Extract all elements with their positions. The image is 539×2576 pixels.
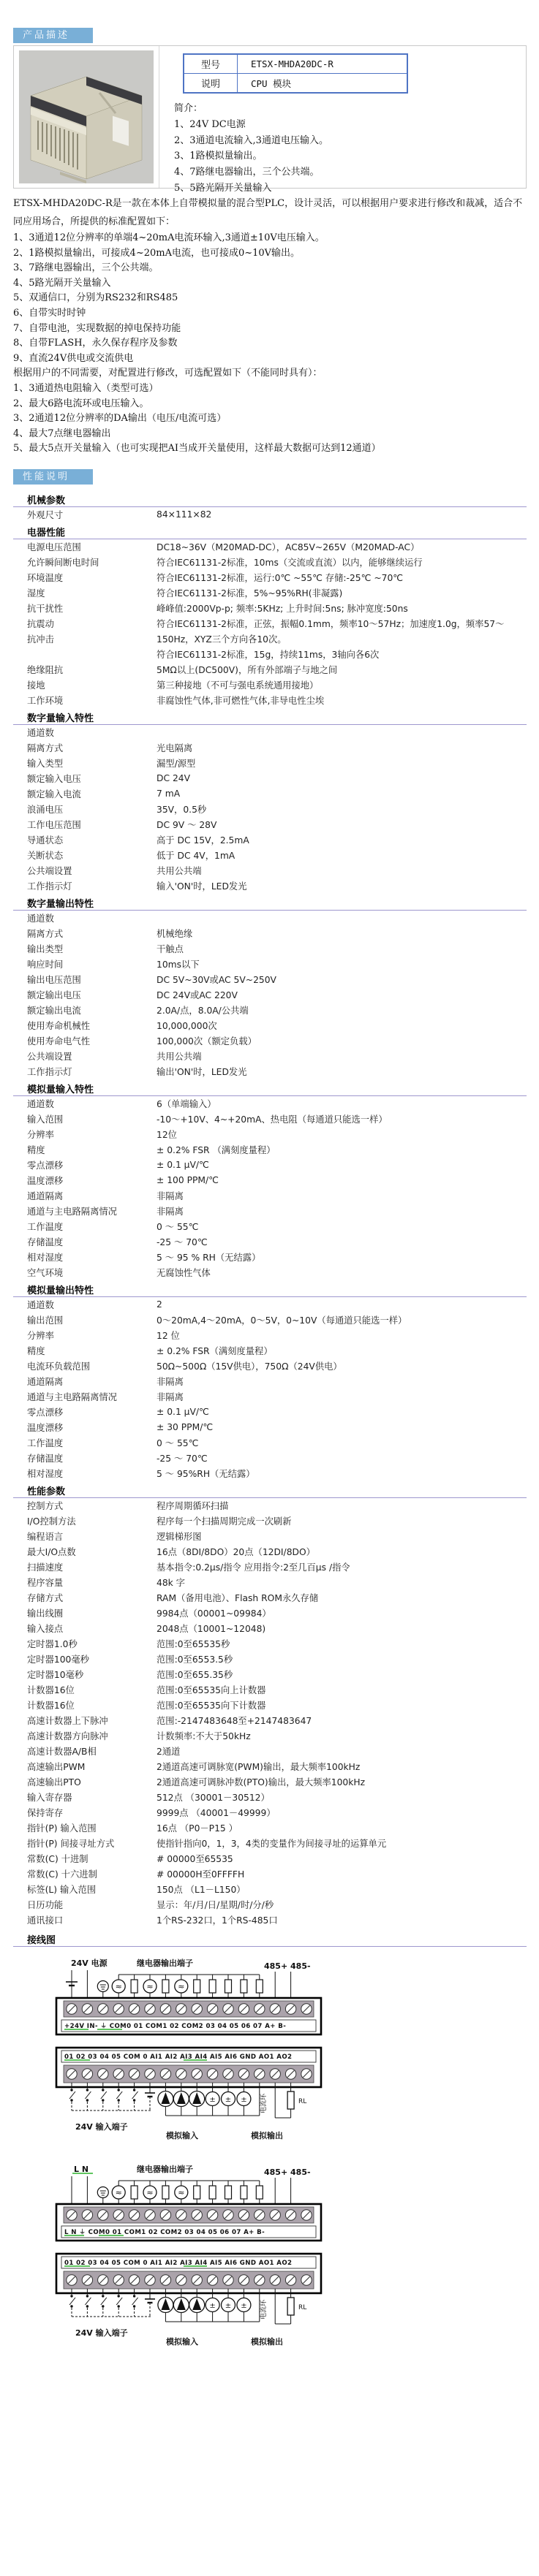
svg-text:±: ± <box>241 2302 246 2310</box>
spec-value: DC 5V~30V或AC 5V~250V <box>157 973 527 986</box>
spec-label: 分辨率 <box>13 1128 157 1141</box>
spec-label: 温度漂移 <box>13 1174 157 1187</box>
spec-label: 抗震动 <box>13 617 157 630</box>
spec-row: 额定输出电压DC 24V或AC 220V <box>13 987 527 1003</box>
spec-row: 输入类型漏型/源型 <box>13 756 527 771</box>
spec-label: 通道隔离 <box>13 1189 157 1202</box>
spec-label: 额定输出电流 <box>13 1003 157 1017</box>
model-table-value: ETSX-MHDA20DC-R <box>238 54 408 74</box>
spec-row: 零点漂移± 0.1 μV/℃ <box>13 1158 527 1173</box>
spec-label: 导通状态 <box>13 833 157 846</box>
spec-label: 指针(P) 间接寻址方式 <box>13 1836 157 1850</box>
spec-value: 范围:0至6553.5秒 <box>157 1652 527 1665</box>
spec-value: 1个RS-232口，1个RS-485口 <box>157 1913 527 1926</box>
spec-row: 相对湿度5 ～ 95 % RH（无结露） <box>13 1250 527 1265</box>
spec-label: 精度 <box>13 1344 157 1357</box>
dc-terminal-labels: +24V IN- ⏚ COM0 01 COM1 02 COM2 03 04 05… <box>64 2022 286 2030</box>
spec-row: 输入范围-10～+10V、4~+20mA、热电阻（每通道只能选一样） <box>13 1112 527 1127</box>
current-loop-label: 电流环 <box>259 2299 268 2319</box>
spec-label: 扫描速度 <box>13 1560 157 1573</box>
ac-terminal-labels: L N ⏚ COM0 01 COM1 02 COM2 03 04 05 06 0… <box>64 2228 265 2236</box>
spec-row: 工作指示灯输入'ON'时，LED发光 <box>13 878 527 894</box>
spec-label: 抗干扰性 <box>13 601 157 615</box>
spec-label: 通道与主电路隔离情况 <box>13 1204 157 1217</box>
optional-config-item: 3、2通道12位分辨率的DA输出（电压/电流可选） <box>13 411 527 427</box>
spec-row: 额定输入电流7 mA <box>13 786 527 802</box>
spec-value: 2通道 <box>157 1744 527 1758</box>
spec-label: 高速输出PTO <box>13 1775 157 1788</box>
spec-row: 响应时间10ms以下 <box>13 957 527 972</box>
wiring-diagram-input-analog-2: 01 02 03 04 05 COM 0 AI1 AI2 AI3 AI4 AI5… <box>55 2252 347 2347</box>
spec-label: 电流环负载范围 <box>13 1359 157 1372</box>
spec-value: 机械绝缘 <box>157 927 527 940</box>
spec-label: 相对湿度 <box>13 1467 157 1480</box>
spec-value: 16点 （P0－P15 ） <box>157 1821 527 1834</box>
input-terminals-label: 24V 输入端子 <box>75 2328 128 2338</box>
relay-load-symbols: ≈≈≈ <box>72 2176 291 2204</box>
analog-in-label: 模拟输入 <box>166 2130 198 2140</box>
spec-label: 输入类型 <box>13 756 157 770</box>
standard-config-item: 4、5路光隔开关量输入 <box>13 276 527 292</box>
spec-row: 存储温度-25 ～ 70℃ <box>13 1234 527 1250</box>
spec-row: 定时器10毫秒范围:0至655.35秒 <box>13 1667 527 1682</box>
spec-row: 输入接点2048点（10001~12048) <box>13 1621 527 1636</box>
spec-label: 额定输入电压 <box>13 772 157 785</box>
intro-title: 简介： <box>174 101 526 117</box>
standard-config-item: 2、1路模拟量输出，可接成4~20mA电流，也可接成0~10V输出。 <box>13 246 527 262</box>
spec-value: 输入'ON'时，LED发光 <box>157 879 527 892</box>
analog-in-label: 模拟输入 <box>166 2336 198 2347</box>
spec-group-title: 机械参数 <box>13 490 527 507</box>
spec-label: 使用寿命电气性 <box>13 1034 157 1047</box>
spec-value: 100,000次（额定负载） <box>157 1034 527 1047</box>
spec-value: 第三种接地（不可与强电系统通用接地） <box>157 678 527 691</box>
spec-label: 控制方式 <box>13 1499 157 1512</box>
standard-config-item: 5、双通信口，分别为RS232和RS485 <box>13 291 527 306</box>
spec-value: 6（单端输入） <box>157 1097 527 1110</box>
svg-text:≈: ≈ <box>146 1982 153 1991</box>
spec-row: 公共端设置共用公共端 <box>13 863 527 878</box>
spec-value: 50Ω~500Ω（15V供电），750Ω（24V供电） <box>157 1359 527 1372</box>
spec-label: 工作电压范围 <box>13 818 157 831</box>
spec-label: 工作温度 <box>13 1436 157 1449</box>
spec-value: 35V，0.5秒 <box>157 802 527 816</box>
spec-value: 16点（8DI/8DO）20点（12DI/8DO） <box>157 1545 527 1558</box>
spec-row: 抗干扰性峰峰值:2000Vp-p; 频率:5KHz; 上升时间:5ns; 脉冲宽… <box>13 601 527 616</box>
spec-value: 共用公共端 <box>157 1049 527 1063</box>
spec-row: 通道数 <box>13 725 527 740</box>
wiring-diagrams: 24V 电源 继电器输出端子 485+ 485- ≈≈≈ +24V IN- ⏚ … <box>13 1947 527 2347</box>
spec-value: 9984点（00001~09984） <box>157 1606 527 1619</box>
spec-label: 零点漂移 <box>13 1405 157 1418</box>
spec-row: 分辨率12 位 <box>13 1328 527 1343</box>
spec-label: 通道数 <box>13 1097 157 1110</box>
spec-label: 高速计数器上下脉冲 <box>13 1714 157 1727</box>
spec-row: 最大I/O点数16点（8DI/8DO）20点（12DI/8DO） <box>13 1544 527 1559</box>
spec-row: 工作指示灯输出'ON'时，LED发光 <box>13 1064 527 1079</box>
spec-value: 输出'ON'时，LED发光 <box>157 1065 527 1078</box>
spec-value: 程序周期循环扫描 <box>157 1499 527 1512</box>
spec-label: 输出类型 <box>13 942 157 955</box>
spec-row: 存储温度-25 ～ 70℃ <box>13 1451 527 1466</box>
spec-row: 符合IEC61131-2标准，15g，持续11ms，3轴向各6次 <box>13 647 527 662</box>
spec-label: 公共端设置 <box>13 1049 157 1063</box>
spec-row: 额定输出电流2.0A/点，8.0A/公共端 <box>13 1003 527 1018</box>
spec-row: 工作温度0 ～ 55℃ <box>13 1219 527 1234</box>
spec-value: ± 0.2% FSR （满刻度量程） <box>157 1143 527 1156</box>
spec-row: 计数器16位范围:0至65535向下计数器 <box>13 1698 527 1713</box>
spec-row: 指针(P) 输入范围16点 （P0－P15 ） <box>13 1820 527 1836</box>
product-photo <box>19 50 154 183</box>
spec-row: 通道数 <box>13 911 527 926</box>
rl-label: RL <box>298 2098 306 2105</box>
spec-row: 环境温度符合IEC61131-2标准，运行:0℃ ~55℃ 存储:-25℃ ~7… <box>13 570 527 585</box>
spec-label: 关断状态 <box>13 848 157 862</box>
spec-row: 工作电压范围DC 9V ～ 28V <box>13 817 527 832</box>
spec-row: 抗冲击150Hz，XYZ三个方向各10次。 <box>13 631 527 647</box>
spec-value: 12 位 <box>157 1329 527 1342</box>
spec-value: 150Hz，XYZ三个方向各10次。 <box>157 632 527 645</box>
spec-label: 使用寿命机械性 <box>13 1019 157 1032</box>
spec-value: 5MΩ以上(DC500V)，所有外部端子与地之间 <box>157 663 527 676</box>
model-table-label: 型号 <box>184 54 238 74</box>
spec-row: 定时器100毫秒范围:0至6553.5秒 <box>13 1652 527 1667</box>
svg-text:≈: ≈ <box>178 1982 184 1991</box>
optional-config-item: 5、最大5点开关量输入（也可实现把AI当成开关量使用，这样最大数据可达到12通道… <box>13 441 527 457</box>
spec-label: 存储方式 <box>13 1591 157 1604</box>
spec-row: 关断状态低于 DC 4V，1mA <box>13 848 527 863</box>
spec-value: 符合IEC61131-2标准，10ms（交流或直流）以内，能够继续运行 <box>157 555 527 569</box>
spec-group-title: 数字量输出特性 <box>13 894 527 911</box>
spec-row: 允许瞬间断电时间符合IEC61131-2标准，10ms（交流或直流）以内，能够继… <box>13 555 527 570</box>
input-terminal-labels: 01 02 03 04 05 COM 0 AI1 AI2 AI3 AI4 AI5… <box>64 2260 292 2267</box>
section-tab-product-description: 产品描述 <box>13 28 93 43</box>
page: 产品描述 <box>0 0 539 2347</box>
wiring-diagram-ac-relay: L N 继电器输出端子 485+ 485- ≈≈≈ L N ⏚ COM0 01 … <box>55 2163 347 2245</box>
spec-label: 相对湿度 <box>13 1250 157 1264</box>
spec-label: 定时器100毫秒 <box>13 1652 157 1665</box>
intro-item: 4、7路继电器输出，三个公共端。 <box>174 164 526 181</box>
spec-label: 绝缘阻抗 <box>13 663 157 676</box>
spec-row: 高速计数器A/B相2通道 <box>13 1744 527 1759</box>
optional-config-item: 1、3通道热电阻输入（类型可选） <box>13 381 527 397</box>
spec-value: 计数频率:不大于50kHz <box>157 1729 527 1742</box>
spec-value: ± 0.1 μV/℃ <box>157 1160 527 1170</box>
spec-label: 计数器16位 <box>13 1683 157 1696</box>
spec-row: 保持寄存9999点 （40001－49999） <box>13 1805 527 1820</box>
spec-label: 标签(L) 输入范围 <box>13 1882 157 1896</box>
spec-label: 指针(P) 输入范围 <box>13 1821 157 1834</box>
spec-row: 高速输出PTO2通道高速可调脉冲数(PTO)输出，最大频率100kHz <box>13 1774 527 1790</box>
spec-label: 输入接点 <box>13 1622 157 1635</box>
spec-value: 程序每一个扫描周期完成一次刷新 <box>157 1514 527 1527</box>
spec-value: 5 ～ 95 % RH（无结露） <box>157 1250 527 1264</box>
spec-value: 范围:0至655.35秒 <box>157 1668 527 1681</box>
product-overview-box: 型号 ETSX-MHDA20DC-R 说明 CPU 模块 简介： 1 <box>13 45 527 189</box>
spec-value: 漏型/源型 <box>157 756 527 770</box>
spec-label: 抗冲击 <box>13 632 157 645</box>
spec-row: 输入寄存器512点 （30001－30512） <box>13 1790 527 1805</box>
spec-value: ± 0.2% FSR（满刻度量程） <box>157 1344 527 1357</box>
spec-value: 干触点 <box>157 942 527 955</box>
spec-label: 高速输出PWM <box>13 1760 157 1773</box>
intro-block: 简介： 1、24V DC电源 2、3通道电流输入,3通道电压输入。 3、1路模拟… <box>174 101 526 197</box>
spec-value: 符合IEC61131-2标准，正弦，振幅0.1mm，频率10～57Hz；加速度1… <box>157 617 527 630</box>
spec-label: 高速计数器方向脉冲 <box>13 1729 157 1742</box>
dc-power-label: 24V 电源 <box>71 1958 108 1968</box>
spec-label: 日历功能 <box>13 1898 157 1911</box>
spec-value: -25 ～ 70℃ <box>157 1451 527 1464</box>
relay-output-label: 继电器输出端子 <box>137 1958 193 1968</box>
standard-config-item: 7、自带电池，实现数据的掉电保持功能 <box>13 322 527 337</box>
spec-row: 导通状态高于 DC 15V，2.5mA <box>13 832 527 848</box>
svg-text:±: ± <box>225 2096 231 2104</box>
spec-label: 通道数 <box>13 1298 157 1311</box>
svg-text:≈: ≈ <box>178 2188 184 2197</box>
spec-row: 精度± 0.2% FSR（满刻度量程） <box>13 1343 527 1359</box>
spec-label: 公共端设置 <box>13 864 157 877</box>
svg-text:±: ± <box>209 2096 215 2104</box>
spec-value: 使指针指向0，1，3，4类的变量作为间接寻址的运算单元 <box>157 1836 527 1850</box>
spec-group-title: 模拟量输出特性 <box>13 1280 527 1297</box>
spec-value: # 00000H至0FFFFH <box>157 1867 527 1880</box>
spec-value: 9999点 （40001－49999） <box>157 1806 527 1819</box>
overview-paragraph: ETSX-MHDA20DC-R是一款在本体上自带模拟量的混合型PLC，设计灵活，… <box>13 194 527 231</box>
spec-label: 响应时间 <box>13 957 157 970</box>
analog-out-label: 模拟输出 <box>251 2130 283 2140</box>
spec-value: DC 24V或AC 220V <box>157 988 527 1001</box>
model-table-row: 型号 ETSX-MHDA20DC-R <box>184 54 407 74</box>
spec-row: 扫描速度基本指令:0.2μs/指令 应用指令:2至几百μs /指令 <box>13 1559 527 1575</box>
spec-label: 常数(C) 十进制 <box>13 1852 157 1865</box>
spec-row: 精度± 0.2% FSR （满刻度量程） <box>13 1142 527 1158</box>
rl-label: RL <box>298 2304 306 2311</box>
spec-value: 范围:0至65535向上计数器 <box>157 1683 527 1696</box>
spec-value: 84×111×82 <box>157 509 527 520</box>
spec-label: 高速计数器A/B相 <box>13 1744 157 1758</box>
spec-row: 常数(C) 十进制# 00000至65535 <box>13 1851 527 1866</box>
spec-label: 编程语言 <box>13 1530 157 1543</box>
spec-value: 非隔离 <box>157 1204 527 1217</box>
spec-label: 精度 <box>13 1143 157 1156</box>
spec-label: 工作温度 <box>13 1220 157 1233</box>
spec-label: 工作环境 <box>13 694 157 707</box>
spec-row: 公共端设置共用公共端 <box>13 1049 527 1064</box>
spec-label: 输出范围 <box>13 1313 157 1326</box>
spec-row: 计数器16位范围:0至65535向上计数器 <box>13 1682 527 1698</box>
spec-label: 电源电压范围 <box>13 540 157 553</box>
spec-value: ± 30 PPM/℃ <box>157 1422 527 1432</box>
spec-label: 湿度 <box>13 586 157 599</box>
spec-value: 12位 <box>157 1128 527 1141</box>
spec-group-title: 模拟量输入特性 <box>13 1079 527 1096</box>
input-terminals-label: 24V 输入端子 <box>75 2121 128 2132</box>
spec-value: ± 0.1 μV/℃ <box>157 1407 527 1417</box>
spec-value: ± 100 PPM/℃ <box>157 1175 527 1185</box>
spec-row: 接地第三种接地（不可与强电系统通用接地） <box>13 677 527 693</box>
spec-row: 隔离方式机械绝缘 <box>13 926 527 941</box>
spec-label: 浪涌电压 <box>13 802 157 816</box>
spec-label: 环境温度 <box>13 571 157 584</box>
spec-row: 外观尺寸84×111×82 <box>13 507 527 523</box>
spec-label: 隔离方式 <box>13 741 157 754</box>
model-table: 型号 ETSX-MHDA20DC-R 说明 CPU 模块 <box>183 53 408 94</box>
spec-value: 无腐蚀性气体 <box>157 1266 527 1279</box>
current-loop-label: 电流环 <box>259 2093 268 2113</box>
spec-row: 电源电压范围DC18~36V（M20MAD-DC），AC85V~265V（M20… <box>13 539 527 555</box>
spec-label: 通讯接口 <box>13 1913 157 1926</box>
spec-label: 定时器1.0秒 <box>13 1637 157 1650</box>
relay-output-label: 继电器输出端子 <box>137 2164 193 2174</box>
spec-row: 标签(L) 输入范围150点 （L1－L150） <box>13 1882 527 1897</box>
spec-value: 48k 字 <box>157 1576 527 1589</box>
spec-row: I/O控制方法程序每一个扫描周期完成一次刷新 <box>13 1513 527 1529</box>
spec-label: 工作指示灯 <box>13 879 157 892</box>
spec-label: 额定输入电流 <box>13 787 157 800</box>
spec-label: 通道与主电路隔离情况 <box>13 1390 157 1403</box>
spec-row: 输出范围0～20mA,4～20mA，0～5V，0~10V（每通道只能选一样） <box>13 1312 527 1328</box>
spec-value: DC18~36V（M20MAD-DC），AC85V~265V（M20MAD-AC… <box>157 540 527 553</box>
spec-value: 非隔离 <box>157 1189 527 1202</box>
spec-label: 通道数 <box>13 911 157 924</box>
spec-value: 低于 DC 4V，1mA <box>157 848 527 862</box>
spec-row: 高速计数器方向脉冲计数频率:不大于50kHz <box>13 1728 527 1744</box>
spec-label: 存储温度 <box>13 1451 157 1464</box>
spec-value: 2通道高速可调脉冲数(PTO)输出，最大频率100kHz <box>157 1775 527 1788</box>
spec-row: 存储方式RAM（备用电池）、Flash ROM永久存储 <box>13 1590 527 1606</box>
spec-value: 0～20mA,4～20mA，0～5V，0~10V（每通道只能选一样） <box>157 1313 527 1326</box>
spec-label: 最大I/O点数 <box>13 1545 157 1558</box>
spec-row: 通道数2 <box>13 1297 527 1312</box>
spec-value: # 00000至65535 <box>157 1852 527 1865</box>
spec-value: 光电隔离 <box>157 741 527 754</box>
spec-value: DC 9V ～ 28V <box>157 818 527 831</box>
spec-label: 常数(C) 十六进制 <box>13 1867 157 1880</box>
spec-group-title: 数字量输入特性 <box>13 708 527 725</box>
spec-row: 抗震动符合IEC61131-2标准，正弦，振幅0.1mm，频率10～57Hz；加… <box>13 616 527 631</box>
spec-label: 输出线圈 <box>13 1606 157 1619</box>
rs485-label: 485+ 485- <box>264 2167 311 2177</box>
spec-value: 非腐蚀性气体,非可燃性气体,非导电性尘埃 <box>157 694 527 707</box>
spec-value: -25 ～ 70℃ <box>157 1235 527 1248</box>
svg-text:±: ± <box>209 2302 215 2310</box>
analog-out-label: 模拟输出 <box>251 2336 283 2347</box>
spec-row: 通道数6（单端输入） <box>13 1096 527 1112</box>
spec-row: 输出类型干触点 <box>13 941 527 957</box>
spec-label: 额定输出电压 <box>13 988 157 1001</box>
spec-label: 隔离方式 <box>13 927 157 940</box>
spec-row: 程序容量48k 字 <box>13 1575 527 1590</box>
model-table-label: 说明 <box>184 74 238 94</box>
spec-value: 共用公共端 <box>157 864 527 877</box>
model-table-value: CPU 模块 <box>238 74 408 94</box>
optional-config-item: 2、最大6路电流环或电压输入。 <box>13 397 527 412</box>
intro-item: 3、1路模拟量输出。 <box>174 148 526 164</box>
spec-value: 2 <box>157 1299 527 1310</box>
spec-row: 编程语言逻辑梯形图 <box>13 1529 527 1544</box>
spec-value: 非隔离 <box>157 1375 527 1388</box>
spec-value: 5 ～ 95%RH（无结露） <box>157 1467 527 1480</box>
standard-config-item: 6、自带实时时钟 <box>13 306 527 322</box>
spec-label: 定时器10毫秒 <box>13 1668 157 1681</box>
spec-table: 机械参数外观尺寸84×111×82电器性能电源电压范围DC18~36V（M20M… <box>13 490 527 1928</box>
spec-row: 工作温度0 ～ 55℃ <box>13 1435 527 1451</box>
spec-value: 7 mA <box>157 789 527 799</box>
spec-row: 空气环境无腐蚀性气体 <box>13 1265 527 1280</box>
spec-label: 零点漂移 <box>13 1158 157 1171</box>
spec-value: 高于 DC 15V，2.5mA <box>157 833 527 846</box>
spec-value: 0 ～ 55℃ <box>157 1436 527 1449</box>
rs485-label: 485+ 485- <box>264 1961 311 1971</box>
spec-row: 零点漂移± 0.1 μV/℃ <box>13 1405 527 1420</box>
spec-row: 指针(P) 间接寻址方式使指针指向0，1，3，4类的变量作为间接寻址的运算单元 <box>13 1836 527 1851</box>
spec-row: 额定输入电压DC 24V <box>13 771 527 786</box>
model-table-row: 说明 CPU 模块 <box>184 74 407 94</box>
input-terminal-labels: 01 02 03 04 05 COM 0 AI1 AI2 AI3 AI4 AI5… <box>64 2053 292 2061</box>
spec-value: 0 ～ 55℃ <box>157 1220 527 1233</box>
spec-row: 相对湿度5 ～ 95%RH（无结露） <box>13 1466 527 1481</box>
spec-label: 工作指示灯 <box>13 1065 157 1078</box>
spec-row: 输出线圈9984点（00001~09984） <box>13 1606 527 1621</box>
spec-row: 温度漂移± 100 PPM/℃ <box>13 1173 527 1188</box>
spec-value: 非隔离 <box>157 1390 527 1403</box>
spec-value: 显示：年/月/日/星期/时/分/秒 <box>157 1898 527 1911</box>
ac-power-label: L N <box>74 2165 88 2174</box>
spec-group-title: 性能参数 <box>13 1481 527 1498</box>
wiring-diagram-dc-relay: 24V 电源 继电器输出端子 485+ 485- ≈≈≈ +24V IN- ⏚ … <box>55 1957 347 2039</box>
spec-value: DC 24V <box>157 773 527 783</box>
spec-label: 通道数 <box>13 726 157 739</box>
optional-config-intro: 根据用户的不同需要，对配置进行修改，可选配置如下（不能同时具有）： <box>13 366 527 381</box>
spec-label: 空气环境 <box>13 1266 157 1279</box>
spec-value: 峰峰值:2000Vp-p; 频率:5KHz; 上升时间:5ns; 脉冲宽度:50… <box>157 601 527 615</box>
spec-row: 日历功能显示：年/月/日/星期/时/分/秒 <box>13 1897 527 1912</box>
overview-text: ETSX-MHDA20DC-R是一款在本体上自带模拟量的混合型PLC，设计灵活，… <box>13 194 527 457</box>
spec-row: 高速计数器上下脉冲范围:-2147483648至+2147483647 <box>13 1713 527 1728</box>
spec-value: 符合IEC61131-2标准，运行:0℃ ~55℃ 存储:-25℃ ~70℃ <box>157 571 527 584</box>
optional-config-item: 4、最大7点继电器输出 <box>13 427 527 442</box>
spec-label: 计数器16位 <box>13 1698 157 1711</box>
spec-value: 符合IEC61131-2标准，5%~95%RH(非凝露) <box>157 586 527 599</box>
spec-label: 程序容量 <box>13 1576 157 1589</box>
spec-label: I/O控制方法 <box>13 1514 157 1527</box>
intro-item: 1、24V DC电源 <box>174 117 526 133</box>
plc-module-illustration <box>19 50 154 183</box>
svg-text:≈: ≈ <box>116 2188 122 2197</box>
spec-row: 高速输出PWM2通道高速可调脉宽(PWM)输出，最大频率100kHz <box>13 1759 527 1774</box>
wiring-diagram-input-analog-1: 01 02 03 04 05 COM 0 AI1 AI2 AI3 AI4 AI5… <box>55 2046 347 2141</box>
spec-value: 范围:-2147483648至+2147483647 <box>157 1714 527 1727</box>
standard-config-item: 9、直流24V供电或交流供电 <box>13 352 527 367</box>
spec-row: 工作环境非腐蚀性气体,非可燃性气体,非导电性尘埃 <box>13 693 527 708</box>
standard-config-item: 8、自带FLASH，永久保存程序及参数 <box>13 336 527 352</box>
product-photo-cell <box>14 46 159 188</box>
spec-value: 2通道高速可调脉宽(PWM)输出，最大频率100kHz <box>157 1760 527 1773</box>
spec-label: 外观尺寸 <box>13 508 157 521</box>
svg-text:±: ± <box>225 2302 231 2310</box>
spec-row: 浪涌电压35V，0.5秒 <box>13 802 527 817</box>
spec-row: 通道隔离非隔离 <box>13 1188 527 1204</box>
spec-value: RAM（备用电池）、Flash ROM永久存储 <box>157 1591 527 1604</box>
spec-row: 定时器1.0秒范围:0至65535秒 <box>13 1636 527 1652</box>
spec-row: 输出电压范围DC 5V~30V或AC 5V~250V <box>13 972 527 987</box>
standard-config-item: 3、7路继电器输出，三个公共端。 <box>13 261 527 276</box>
spec-row: 通道与主电路隔离情况非隔离 <box>13 1204 527 1219</box>
standard-config-item: 1、3通道12位分辨率的单端4~20mA电流环输入,3通道±10V电压输入。 <box>13 231 527 246</box>
spec-row: 温度漂移± 30 PPM/℃ <box>13 1420 527 1435</box>
relay-load-symbols: ≈≈≈ <box>66 1970 291 1998</box>
section-tab-performance: 性能说明 <box>13 469 93 485</box>
